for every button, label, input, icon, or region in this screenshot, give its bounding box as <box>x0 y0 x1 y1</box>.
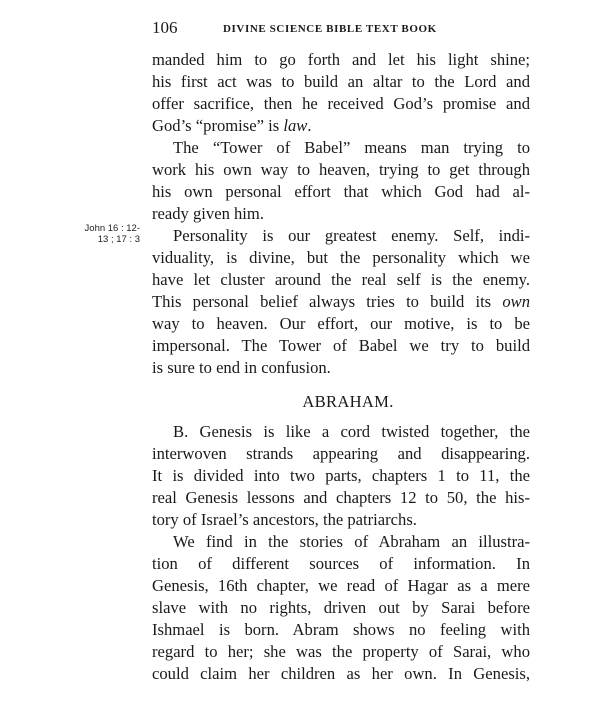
running-title: DIVINE SCIENCE BIBLE TEXT BOOK <box>223 19 437 39</box>
text-line: have let cluster around the real self is… <box>152 269 530 291</box>
paragraph-genesis: B. Genesis is like a cord twisted togeth… <box>152 421 530 531</box>
running-head: 106 DIVINE SCIENCE BIBLE TEXT BOOK <box>152 17 530 39</box>
text-line: B. Genesis is like a cord twisted togeth… <box>152 421 530 443</box>
book-page: 106 DIVINE SCIENCE BIBLE TEXT BOOK John … <box>0 0 600 709</box>
text-line: manded him to go forth and let his light… <box>152 49 530 71</box>
text-line: Ishmael is born. Abram shows no feeling … <box>152 619 530 641</box>
text-line: offer sacrifice, then he received God’s … <box>152 93 530 115</box>
paragraph-personality: Personality is our greatest enemy. Self,… <box>152 225 530 379</box>
text-line: real Genesis lessons and chapters 12 to … <box>152 487 530 509</box>
text-line: Genesis, 16th chapter, we read of Hagar … <box>152 575 530 597</box>
paragraph-tower-of-babel: The “Tower of Babel” means man trying to… <box>152 137 530 225</box>
text-fragment: This personal belief always tries to bui… <box>152 292 502 311</box>
body-text: manded him to go forth and let his light… <box>152 49 530 685</box>
text-line: It is divided into two parts, chapters 1… <box>152 465 530 487</box>
text-line: regard to her; she was the property of S… <box>152 641 530 663</box>
marginal-note-line: John 16 : 12- <box>60 223 140 234</box>
text-line: We find in the stories of Abraham an ill… <box>152 531 530 553</box>
italic-word: own <box>502 292 530 311</box>
text-line: interwoven strands appearing and disappe… <box>152 443 530 465</box>
text-line: his first act was to build an altar to t… <box>152 71 530 93</box>
paragraph-continued: manded him to go forth and let his light… <box>152 49 530 137</box>
text-fragment: God’s “promise” is <box>152 116 283 135</box>
section-heading: ABRAHAM. <box>152 391 530 413</box>
text-line: impersonal. The Tower of Babel we try to… <box>152 335 530 357</box>
text-line: Personality is our greatest enemy. Self,… <box>152 225 530 247</box>
marginal-scripture-reference: John 16 : 12- 13 ; 17 : 3 <box>60 223 140 245</box>
text-line: is sure to end in confusion. <box>152 357 530 379</box>
text-line: God’s “promise” is law. <box>152 115 530 137</box>
text-line: work his own way to heaven, trying to ge… <box>152 159 530 181</box>
italic-word: law <box>283 116 307 135</box>
text-line: ready given him. <box>152 203 530 225</box>
marginal-note-line: 13 ; 17 : 3 <box>60 234 140 245</box>
paragraph-abraham-stories: We find in the stories of Abraham an ill… <box>152 531 530 685</box>
text-line: way to heaven. Our effort, our motive, i… <box>152 313 530 335</box>
page-number: 106 <box>152 17 178 39</box>
text-line: viduality, is divine, but the personalit… <box>152 247 530 269</box>
text-line: The “Tower of Babel” means man trying to <box>152 137 530 159</box>
text-line: could claim her children as her own. In … <box>152 663 530 685</box>
text-fragment: . <box>307 116 311 135</box>
text-line: tion of different sources of information… <box>152 553 530 575</box>
text-line: slave with no rights, driven out by Sara… <box>152 597 530 619</box>
text-line: This personal belief always tries to bui… <box>152 291 530 313</box>
text-line: tory of Israel’s ancestors, the patriarc… <box>152 509 530 531</box>
text-line: his own personal effort that which God h… <box>152 181 530 203</box>
